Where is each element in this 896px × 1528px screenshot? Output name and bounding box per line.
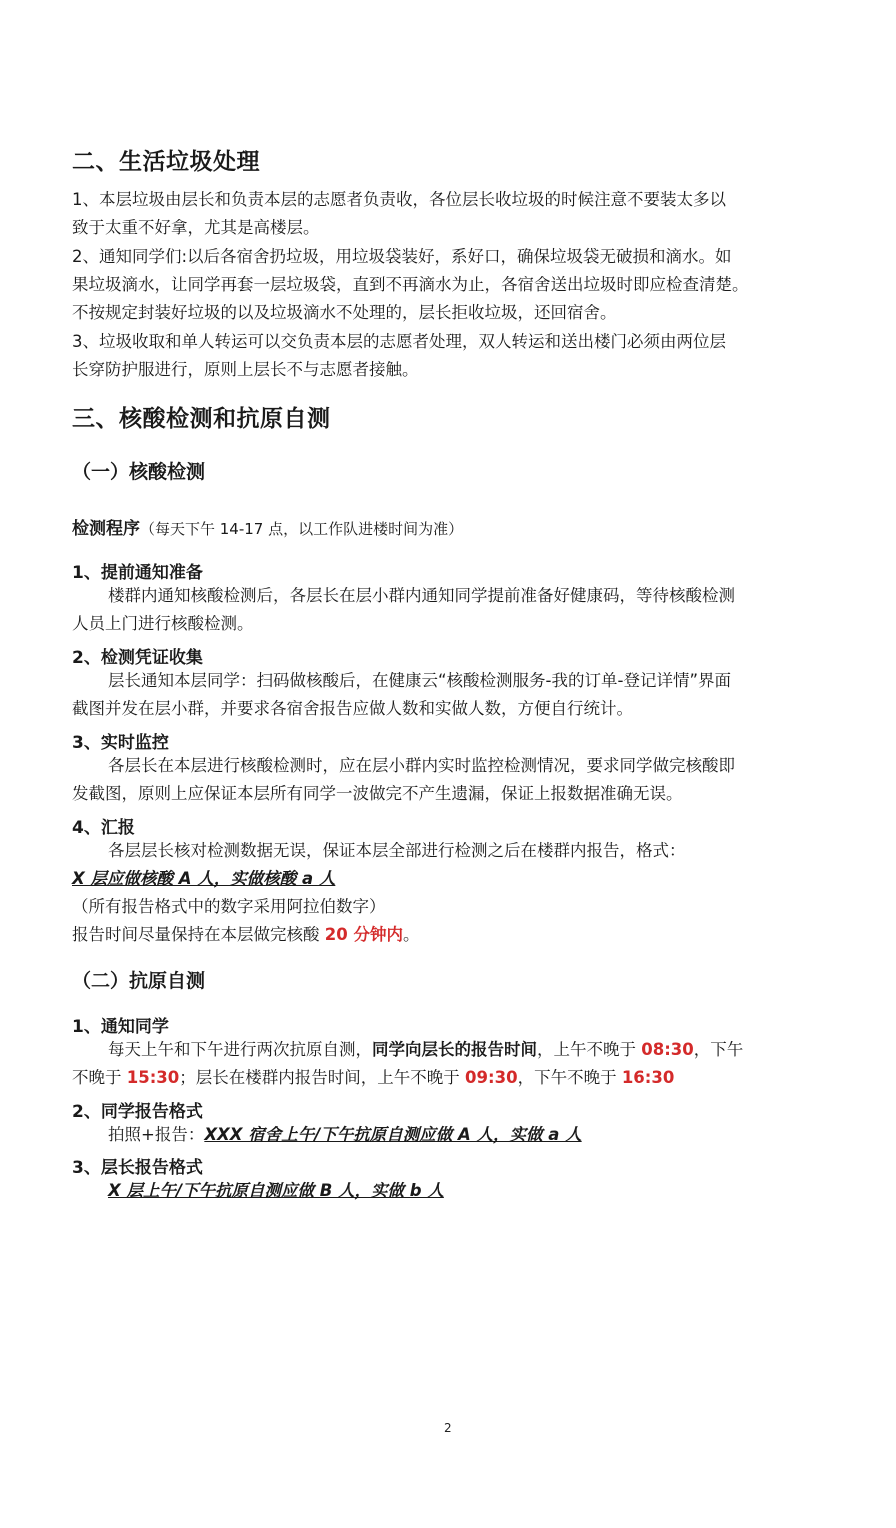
text-line: 发截图，原则上应保证本层所有同学一波做完不产生遗漏，保证上报数据准确无误。 xyxy=(72,780,735,808)
section-title-testing: 三、核酸检测和抗原自测 xyxy=(72,400,331,433)
procedure-note: （每天下午 14-17 点，以工作队进楼时间为准） xyxy=(140,520,463,538)
format-text: XXX 宿舍上午/下午抗原自测应做 A 人，实做 a 人 xyxy=(204,1125,581,1144)
step-heading: 1、提前通知准备 xyxy=(72,558,203,583)
step-body: 楼群内通知核酸检测后，各层长在层小群内通知同学提前准备好健康码，等待核酸检测 人… xyxy=(72,582,735,638)
text: 。 xyxy=(403,925,420,944)
text-line: 3、垃圾收取和单人转运可以交负责本层的志愿者处理，双人转运和送出楼门必须由两位层 xyxy=(72,328,726,356)
step-heading: 1、通知同学 xyxy=(72,1012,169,1037)
text-line: 不按规定封装好垃圾的以及垃圾滴水不处理的，层长拒收垃圾，还回宿舍。 xyxy=(72,299,749,327)
time-highlight: 08:30 xyxy=(641,1040,694,1059)
text: ，下午不晚于 xyxy=(518,1068,622,1087)
text: 每天上午和下午进行两次抗原自测， xyxy=(108,1040,372,1059)
text-line: 1、本层垃圾由层长和负责本层的志愿者负责收，各位层长收垃圾的时候注意不要装太多以 xyxy=(72,186,726,214)
time-highlight: 16:30 xyxy=(622,1068,675,1087)
step-heading: 2、检测凭证收集 xyxy=(72,643,203,668)
step-body: 每天上午和下午进行两次抗原自测，同学向层长的报告时间，上午不晚于 08:30，下… xyxy=(72,1036,743,1092)
text-line: 截图并发在层小群，并要求各宿舍报告应做人数和实做人数，方便自行统计。 xyxy=(72,695,731,723)
subsection-title-antigen: （二）抗原自测 xyxy=(72,966,205,993)
step-heading: 2、同学报告格式 xyxy=(72,1097,203,1122)
step-body: 层长通知本层同学：扫码做核酸后，在健康云“核酸检测服务-我的订单-登记详情”界面… xyxy=(72,667,731,723)
step-heading: 3、实时监控 xyxy=(72,728,169,753)
page-number: 2 xyxy=(444,1421,452,1435)
text: 不晚于 xyxy=(72,1068,127,1087)
garbage-item-2: 2、通知同学们:以后各宿舍扔垃圾，用垃圾袋装好，系好口，确保垃圾袋无破损和滴水。… xyxy=(72,243,749,327)
procedure-label: 检测程序 xyxy=(72,519,140,539)
garbage-item-3: 3、垃圾收取和单人转运可以交负责本层的志愿者处理，双人转运和送出楼门必须由两位层… xyxy=(72,328,726,384)
text-line: 2、通知同学们:以后各宿舍扔垃圾，用垃圾袋装好，系好口，确保垃圾袋无破损和滴水。… xyxy=(72,243,749,271)
bold-text: 同学向层长的报告时间 xyxy=(372,1040,537,1059)
text-line: 长穿防护服进行，原则上层长不与志愿者接触。 xyxy=(72,356,726,384)
text: ，上午不晚于 xyxy=(537,1040,641,1059)
text: ，下午 xyxy=(694,1040,744,1059)
step-body: 各层长在本层进行核酸检测时，应在层小群内实时监控检测情况，要求同学做完核酸即 发… xyxy=(72,752,735,808)
step-heading: 4、汇报 xyxy=(72,813,135,838)
time-highlight: 20 分钟内 xyxy=(325,925,403,944)
step-body: 各层层长核对检测数据无误，保证本层全部进行检测之后在楼群内报告，格式： xyxy=(108,837,686,865)
time-highlight: 15:30 xyxy=(127,1068,180,1087)
report-time-note: 报告时间尽量保持在本层做完核酸 20 分钟内。 xyxy=(72,921,419,949)
text-line: 每天上午和下午进行两次抗原自测，同学向层长的报告时间，上午不晚于 08:30，下… xyxy=(72,1036,743,1064)
text-line: 人员上门进行核酸检测。 xyxy=(72,610,735,638)
text-line: 层长通知本层同学：扫码做核酸后，在健康云“核酸检测服务-我的订单-登记详情”界面 xyxy=(72,667,731,695)
procedure-heading: 检测程序（每天下午 14-17 点，以工作队进楼时间为准） xyxy=(72,514,463,539)
text-line: 果垃圾滴水，让同学再套一层垃圾袋，直到不再滴水为止，各宿舍送出垃圾时即应检查清楚… xyxy=(72,271,749,299)
step-heading: 3、层长报告格式 xyxy=(72,1153,203,1178)
leader-report-format: X 层上午/下午抗原自测应做 B 人，实做 b 人 xyxy=(108,1177,444,1205)
section-title-garbage: 二、生活垃圾处理 xyxy=(72,143,260,176)
text: ；层长在楼群内报告时间，上午不晚于 xyxy=(179,1068,465,1087)
text-line: 不晚于 15:30；层长在楼群内报告时间，上午不晚于 09:30，下午不晚于 1… xyxy=(72,1064,743,1092)
text-line: 楼群内通知核酸检测后，各层长在层小群内通知同学提前准备好健康码，等待核酸检测 xyxy=(72,582,735,610)
student-report-format: 拍照+报告：XXX 宿舍上午/下午抗原自测应做 A 人，实做 a 人 xyxy=(108,1121,582,1149)
document-page: 二、生活垃圾处理 1、本层垃圾由层长和负责本层的志愿者负责收，各位层长收垃圾的时… xyxy=(0,0,896,1528)
text: 拍照+报告： xyxy=(108,1125,204,1144)
arabic-numeral-note: （所有报告格式中的数字采用阿拉伯数字） xyxy=(72,893,386,921)
time-highlight: 09:30 xyxy=(465,1068,518,1087)
subsection-title-nucleic: （一）核酸检测 xyxy=(72,457,205,484)
text-line: 各层长在本层进行核酸检测时，应在层小群内实时监控检测情况，要求同学做完核酸即 xyxy=(72,752,735,780)
text: 报告时间尽量保持在本层做完核酸 xyxy=(72,925,325,944)
garbage-item-1: 1、本层垃圾由层长和负责本层的志愿者负责收，各位层长收垃圾的时候注意不要装太多以… xyxy=(72,186,726,242)
text-line: 致于太重不好拿，尤其是高楼层。 xyxy=(72,214,726,242)
nucleic-report-format: X 层应做核酸 A 人，实做核酸 a 人 xyxy=(72,865,335,893)
